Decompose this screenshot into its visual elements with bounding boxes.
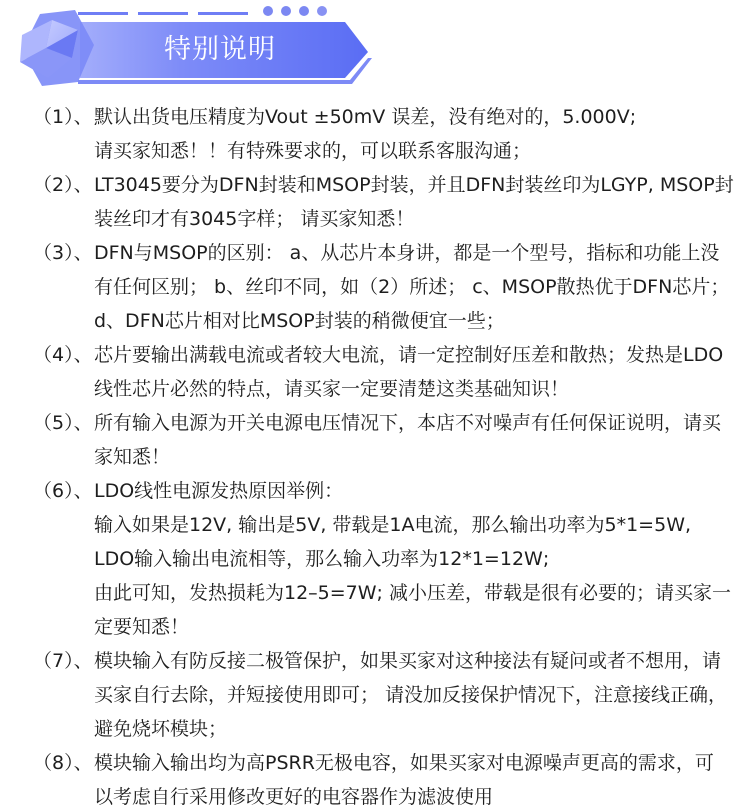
item-text: 定要知悉！ <box>94 610 189 644</box>
item-text: d、DFN芯片相对比MSOP封装的稍微便宜一些； <box>94 304 505 338</box>
item-text: 由此可知，发热损耗为12–5=7W; 减小压差，带载是很有必要的；请买家一 <box>94 576 731 610</box>
item-text: 请买家知悉！！有特殊要求的，可以联系客服沟通； <box>94 134 531 168</box>
banner-graphic <box>0 0 750 100</box>
item-number: （8）、 <box>33 746 93 780</box>
item-text: 芯片要输出满载电流或者较大电流，请一定控制好压差和散热；发热是LDO <box>94 338 723 372</box>
item-text: LT3045要分为DFN封装和MSOP封装，并且DFN封装丝印为LGYP, MS… <box>94 168 734 202</box>
item-text: LDO输入输出电流相等，那么输入功率为12*1=12W; <box>94 542 549 576</box>
item-text: 有任何区别； b、丝印不同，如（2）所述； c、MSOP散热优于DFN芯片； <box>94 270 729 304</box>
item-number: （3）、 <box>33 236 93 270</box>
item-text: 默认出货电压精度为Vout ±50mV 误差，没有绝对的，5.000V; <box>94 100 636 134</box>
item-text: 线性芯片必然的特点，请买家一定要清楚这类基础知识！ <box>94 372 569 406</box>
item-number: （4）、 <box>33 338 93 372</box>
banner-title: 特别说明 <box>150 30 290 70</box>
item-text: DFN与MSOP的区别： a、从芯片本身讲，都是一个型号，指标和功能上没 <box>94 236 719 270</box>
item-text: 买家自行去除，并短接使用即可； 请没加反接保护情况下，注意接线正确， <box>94 678 727 712</box>
item-number: （1）、 <box>33 100 93 134</box>
item-text: 输入如果是12V, 输出是5V, 带载是1A电流，那么输出功率为5*1=5W, <box>94 508 691 542</box>
item-number: （6）、 <box>33 474 93 508</box>
item-number: （5）、 <box>33 406 93 440</box>
item-text: LDO线性电源发热原因举例： <box>94 474 343 508</box>
item-text: 模块输入输出均为高PSRR无极电容，如果买家对电源噪声更高的需求，可 <box>94 746 714 780</box>
item-number: （7）、 <box>33 644 93 678</box>
item-text: 家知悉！ <box>94 440 170 474</box>
item-text: 以考虑自行采用修改更好的电容器作为滤波使用 <box>94 780 493 809</box>
item-text: 装丝印才有3045字样； 请买家知悉！ <box>94 202 414 236</box>
item-text: 模块输入有防反接二极管保护，如果买家对这种接法有疑问或者不想用，请 <box>94 644 721 678</box>
item-text: 所有输入电源为开关电源电压情况下，本店不对噪声有任何保证说明，请买 <box>94 406 721 440</box>
section-banner: 特别说明 <box>0 0 750 100</box>
dots-decoration <box>263 6 327 16</box>
item-text: 避免烧坏模块； <box>94 712 227 746</box>
item-number: （2）、 <box>33 168 93 202</box>
